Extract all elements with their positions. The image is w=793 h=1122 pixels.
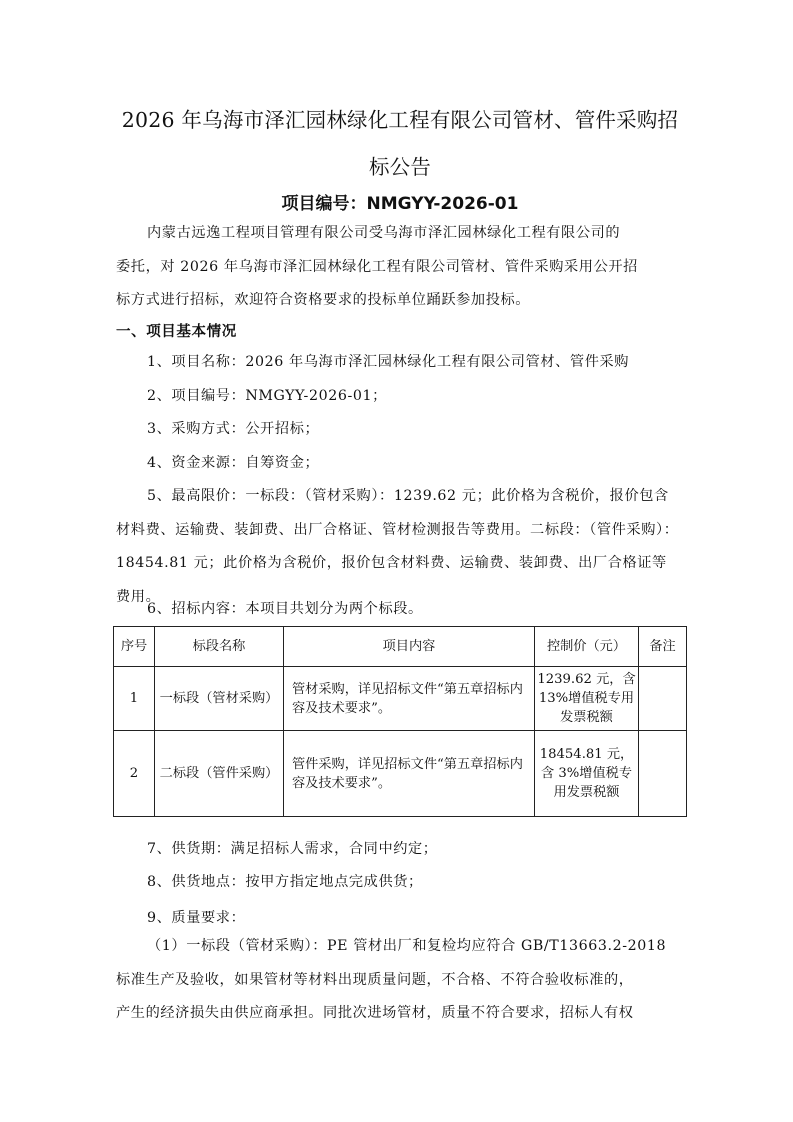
- item-2: 2、项目编号：NMGYY-2026-01；: [147, 385, 717, 405]
- item-5-line-1: 5、最高限价：一标段：（管材采购）：1239.62 元；此价格为含税价，报价包含: [147, 485, 717, 505]
- row-content: 管件采购，详见招标文件“第五章招标内容及技术要求”。: [284, 731, 535, 817]
- row-price: 1239.62 元，含 13%增值税专用发票税额: [535, 667, 639, 731]
- project-number: 项目编号：NMGYY-2026-01: [100, 189, 700, 214]
- item-9: 9、质量要求：: [147, 907, 717, 927]
- section1-heading: 一、项目基本情况: [116, 320, 686, 341]
- item-9-1-line-3: 产生的经济损失由供应商承担。同批次进场管材，质量不符合要求，招标人有权: [116, 1002, 686, 1022]
- document-title-line1: 2026 年乌海市泽汇园林绿化工程有限公司管材、管件采购招: [100, 103, 700, 133]
- document-page: 2026 年乌海市泽汇园林绿化工程有限公司管材、管件采购招 标公告 项目编号：N…: [0, 0, 793, 1122]
- table-header-row: 序号 标段名称 项目内容 控制价（元） 备注: [114, 627, 687, 667]
- header-name: 标段名称: [155, 627, 284, 667]
- intro-line-1: 内蒙古远逸工程项目管理有限公司受乌海市泽汇园林绿化工程有限公司的: [147, 222, 717, 242]
- row-note: [639, 731, 687, 817]
- item-8: 8、供货地点：按甲方指定地点完成供货；: [147, 871, 717, 891]
- row-no: 1: [114, 667, 155, 731]
- bid-sections-table: 序号 标段名称 项目内容 控制价（元） 备注 1 一标段（管材采购） 管材采购，…: [113, 626, 687, 817]
- intro-line-3: 标方式进行招标，欢迎符合资格要求的投标单位踊跃参加投标。: [116, 289, 686, 309]
- item-4: 4、资金来源：自筹资金；: [147, 452, 717, 472]
- item-5-line-3: 18454.81 元；此价格为含税价，报价包含材料费、运输费、装卸费、出厂合格证…: [116, 552, 686, 572]
- row-name: 一标段（管材采购）: [155, 667, 284, 731]
- item-9-1-line-2: 标准生产及验收，如果管材等材料出现质量问题，不合格、不符合验收标准的，: [116, 969, 686, 989]
- header-note: 备注: [639, 627, 687, 667]
- header-content: 项目内容: [284, 627, 535, 667]
- table-row: 2 二标段（管件采购） 管件采购，详见招标文件“第五章招标内容及技术要求”。 1…: [114, 731, 687, 817]
- row-name: 二标段（管件采购）: [155, 731, 284, 817]
- row-content: 管材采购，详见招标文件“第五章招标内容及技术要求”。: [284, 667, 535, 731]
- item-1: 1、项目名称：2026 年乌海市泽汇园林绿化工程有限公司管材、管件采购: [147, 351, 717, 371]
- item-5-line-2: 材料费、运输费、装卸费、出厂合格证、管材检测报告等费用。二标段：（管件采购）：: [116, 519, 686, 539]
- header-price: 控制价（元）: [535, 627, 639, 667]
- table-row: 1 一标段（管材采购） 管材采购，详见招标文件“第五章招标内容及技术要求”。 1…: [114, 667, 687, 731]
- row-note: [639, 667, 687, 731]
- header-no: 序号: [114, 627, 155, 667]
- item-7: 7、供货期：满足招标人需求，合同中约定；: [147, 838, 717, 858]
- intro-line-2: 委托，对 2026 年乌海市泽汇园林绿化工程有限公司管材、管件采购采用公开招: [116, 256, 686, 276]
- item-6: 6、招标内容：本项目共划分为两个标段。: [147, 598, 717, 618]
- row-price: 18454.81 元，含 3%增值税专用发票税额: [535, 731, 639, 817]
- document-title-line2: 标公告: [100, 150, 700, 180]
- item-9-1-line-1: （1）一标段（管材采购）：PE 管材出厂和复检均应符合 GB/T13663.2-…: [147, 935, 717, 955]
- item-3: 3、采购方式：公开招标；: [147, 418, 717, 438]
- row-no: 2: [114, 731, 155, 817]
